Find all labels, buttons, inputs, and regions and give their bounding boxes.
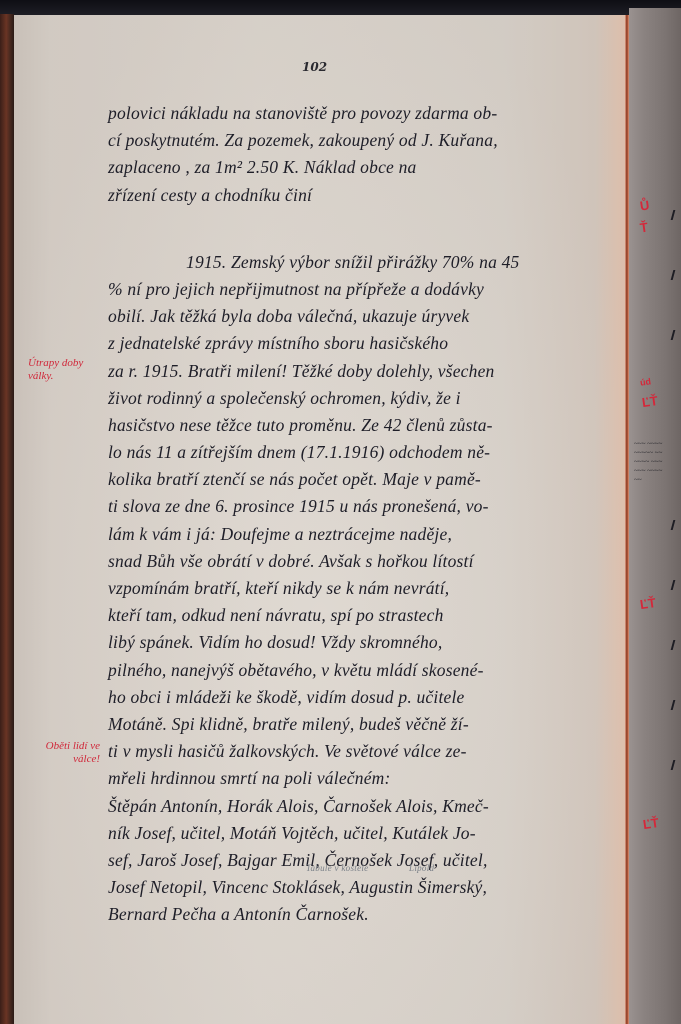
- next-page-edge: [629, 8, 681, 1024]
- pencil-note-text: Tabule v kostele: [306, 863, 368, 873]
- text-line: ti v mysli hasičů žalkovských. Ve světov…: [108, 738, 613, 765]
- red-proof-mark: ĽŤ: [639, 597, 656, 611]
- text-line: ník Josef, učitel, Motáň Vojtěch, učitel…: [108, 820, 613, 847]
- text-line: z jednatelské zprávy místního sboru hasi…: [108, 330, 613, 357]
- page-number: 102: [302, 60, 327, 74]
- book-top-shadow: [0, 0, 681, 16]
- text-line: snad Bůh vše obrátí v dobré. Avšak s hoř…: [108, 548, 613, 575]
- text-line: % ní pro jejich nepřijmutnost na přípřež…: [108, 276, 613, 303]
- text-line: ti slova ze dne 6. prosince 1915 u nás p…: [108, 493, 613, 520]
- pencil-note-signature: Lipold: [409, 863, 434, 873]
- next-page-ink-fragment: ~~~ ~~~~~~~~~ ~~~~~~ ~~~~~~ ~~~~~~: [634, 440, 681, 485]
- text-line: libý spánek. Vidím ho dosud! Vždy skromn…: [108, 629, 613, 656]
- margin-note-war-victims: Oběti lidí ve válce!: [28, 740, 108, 766]
- margin-note-war-hardships: Útrapy doby války.: [28, 357, 108, 383]
- text-line: Štěpán Antonín, Horák Alois, Čarnošek Al…: [108, 793, 613, 820]
- paragraph-gap: [108, 209, 613, 249]
- text-line: za r. 1915. Bratři milení! Těžké doby do…: [108, 358, 613, 385]
- text-line: Bernard Pečha a Antonín Čarnošek.: [108, 901, 613, 928]
- text-line: kteří tam, odkud není návratu, spí po st…: [108, 602, 613, 629]
- red-proof-mark: ĽŤ: [641, 395, 658, 409]
- text-line: 1915. Zemský výbor snížil přirážky 70% n…: [108, 249, 613, 276]
- text-line: zřízení cesty a chodníku činí: [108, 182, 613, 209]
- text-line: lo nás 11 a zítřejším dnem (17.1.1916) o…: [108, 439, 613, 466]
- text-line: cí poskytnutém. Za pozemek, zakoupený od…: [108, 127, 613, 154]
- text-line: ho obci i mládeži ke škodě, vidím dosud …: [108, 684, 613, 711]
- text-line: obilí. Jak těžká byla doba válečná, ukaz…: [108, 303, 613, 330]
- red-proof-mark: úd: [639, 375, 652, 388]
- text-line: zaplaceno , za 1m² 2.50 K. Náklad obce n…: [108, 154, 613, 181]
- handwritten-body: polovici nákladu na stanoviště pro povoz…: [108, 100, 613, 928]
- red-proof-mark: Ť: [639, 222, 649, 235]
- text-line: Josef Netopil, Vincenc Stoklásek, August…: [108, 874, 613, 901]
- red-proof-mark: ĽŤ: [642, 817, 659, 831]
- pencil-annotation: Tabule v kostele Lipold: [306, 863, 434, 873]
- text-line: pilného, nanejvýš obětavého, v květu mlá…: [108, 657, 613, 684]
- text-line: lám k vám i já: Doufejme a neztrácejme n…: [108, 521, 613, 548]
- text-line: vzpomínám bratří, kteří nikdy se k nám n…: [108, 575, 613, 602]
- text-line: mřeli hrdinnou smrtí na poli válečném:: [108, 765, 613, 792]
- text-line: kolika bratří ztenčí se nás počet opět. …: [108, 466, 613, 493]
- book-binding-edge: [0, 14, 14, 1024]
- text-line: Motáně. Spi klidně, bratře milený, budeš…: [108, 711, 613, 738]
- text-line: hasičstvo nese těžce tuto proměnu. Ze 42…: [108, 412, 613, 439]
- text-line: život rodinný a společenský ochromen, ký…: [108, 385, 613, 412]
- red-proof-mark: Ů: [639, 199, 650, 212]
- text-line: polovici nákladu na stanoviště pro povoz…: [108, 100, 613, 127]
